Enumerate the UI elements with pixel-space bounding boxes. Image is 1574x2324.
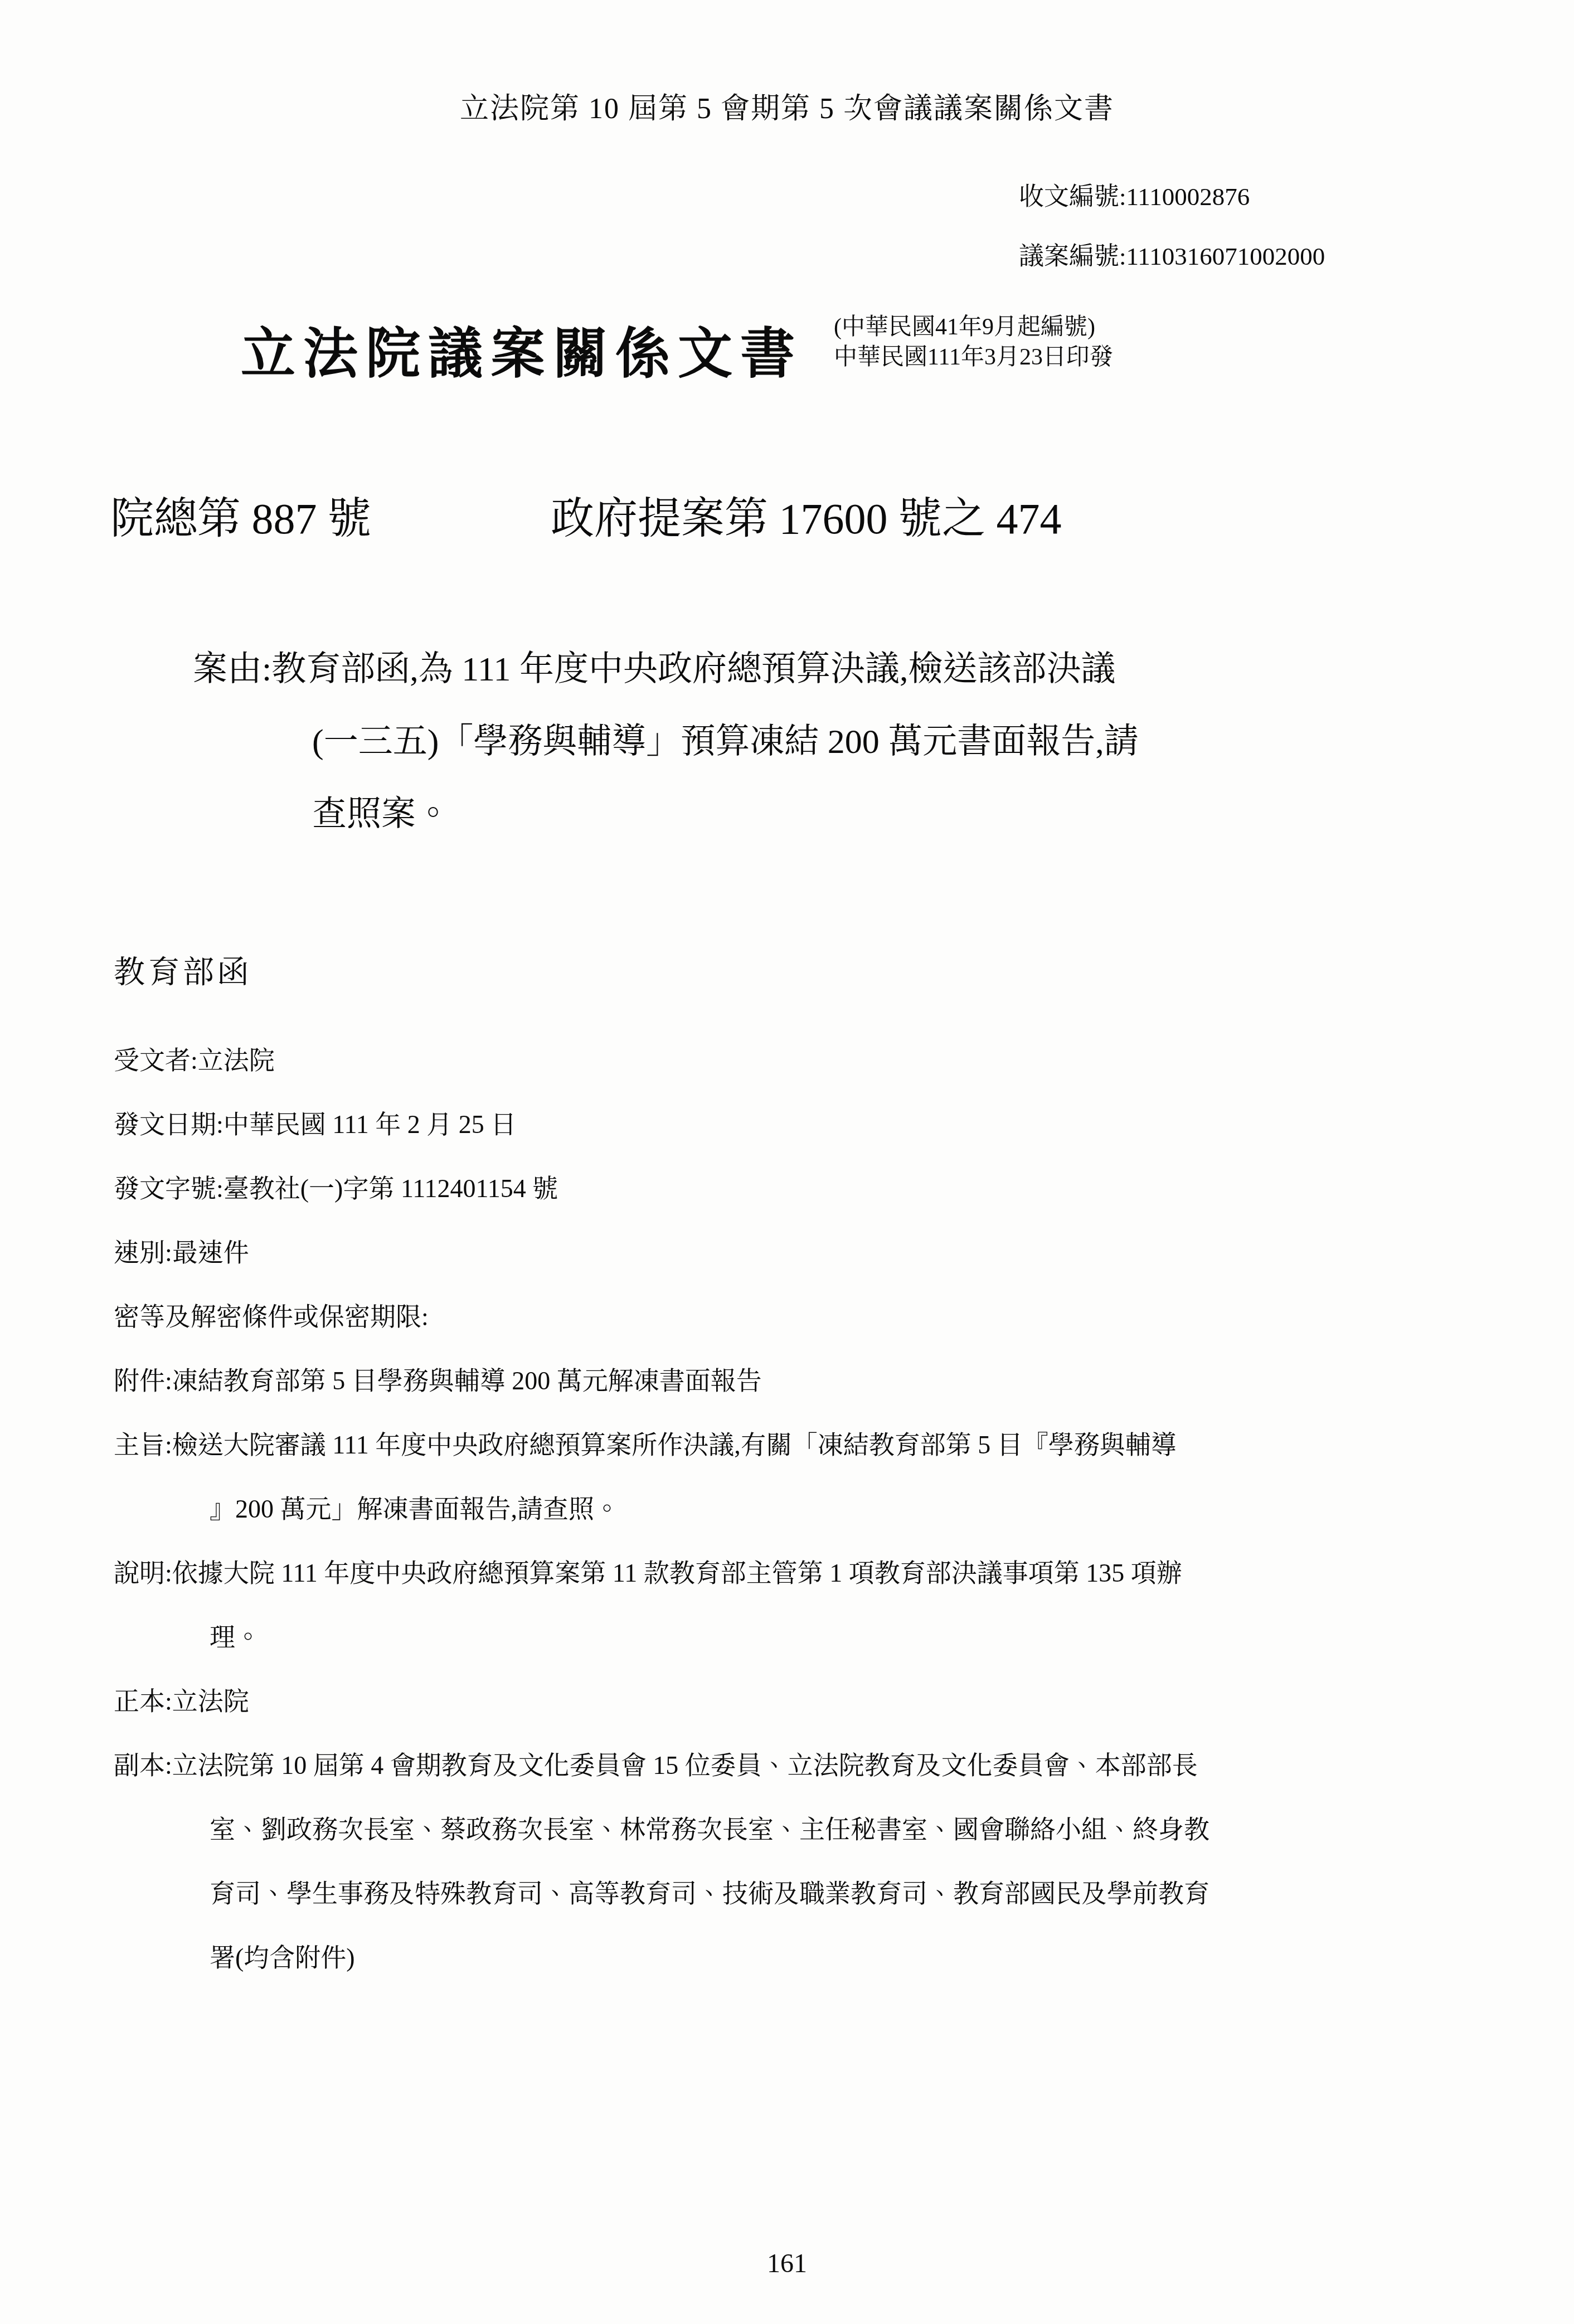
letter-recipient-line: 受文者:立法院 bbox=[114, 1028, 1209, 1092]
title-print-note: (中華民國41年9月起編號) 中華民國111年3月23日印發 bbox=[834, 310, 1113, 372]
letter-copy-line: 育司、學生事務及特殊教育司、高等教育司、技術及職業教育司、教育部國民及學前教育 bbox=[210, 1861, 1209, 1926]
government-proposal-number: 政府提案第 17600 號之 474 bbox=[551, 484, 1062, 546]
letter-purpose-line: 』200 萬元」解凍書面報告,請查照。 bbox=[210, 1477, 1209, 1541]
page-number: 161 bbox=[0, 2248, 1574, 2279]
receipt-number-label: 收文編號: bbox=[1019, 183, 1126, 211]
letter-copy-line: 室、劉政務次長室、蔡政務次長室、林常務次長室、主任秘書室、國會聯絡小組、終身教 bbox=[210, 1797, 1209, 1861]
session-header: 立法院第 10 屆第 5 會期第 5 次會議議案關係文書 bbox=[0, 85, 1574, 127]
case-subject-line: (一三五)「學務與輔導」預算凍結 200 萬元書面報告,請 bbox=[312, 706, 1139, 778]
letter-explanation-line: 理。 bbox=[210, 1605, 1209, 1669]
reference-numbers: 收文編號:1110002876 議案編號:1110316071002000 bbox=[1019, 176, 1325, 295]
letter-copy-line: 署(均含附件) bbox=[210, 1926, 1209, 1990]
letter-date-line: 發文日期:中華民國 111 年 2 月 25 日 bbox=[114, 1092, 1209, 1156]
case-subject-line: 查照案。 bbox=[312, 778, 1139, 850]
receipt-number-value: 1110002876 bbox=[1126, 183, 1250, 211]
letter-explanation-line: 說明:依據大院 111 年度中央政府總預算案第 11 款教育部主管第 1 項教育… bbox=[114, 1541, 1209, 1605]
letter-original-line: 正本:立法院 bbox=[114, 1669, 1209, 1733]
letter-purpose-line: 主旨:檢送大院審議 111 年度中央政府總預算案所作決議,有關「凍結教育部第 5… bbox=[114, 1413, 1209, 1477]
bill-number-line: 議案編號:1110316071002000 bbox=[1019, 236, 1325, 295]
title-note-print-date: 中華民國111年3月23日印發 bbox=[834, 342, 1113, 372]
case-number-row: 院總第 887 號 政府提案第 17600 號之 474 bbox=[0, 484, 1574, 551]
yuan-total-number: 院總第 887 號 bbox=[110, 484, 371, 546]
bill-number-label: 議案編號: bbox=[1019, 242, 1126, 270]
case-subject: 案由:教育部函,為 111 年度中央政府總預算決議,檢送該部決議 (一三五)「學… bbox=[193, 633, 1139, 850]
letter-security-line: 密等及解密條件或保密期限: bbox=[114, 1285, 1209, 1349]
document-page: 立法院第 10 屆第 5 會期第 5 次會議議案關係文書 收文編號:111000… bbox=[0, 0, 1574, 2324]
case-subject-line: 案由:教育部函,為 111 年度中央政府總預算決議,檢送該部決議 bbox=[193, 633, 1139, 706]
letter-speed-line: 速別:最速件 bbox=[114, 1221, 1209, 1285]
letter-docnumber-line: 發文字號:臺教社(一)字第 1112401154 號 bbox=[114, 1156, 1209, 1221]
title-note-numbering: (中華民國41年9月起編號) bbox=[834, 312, 1113, 342]
receipt-number-line: 收文編號:1110002876 bbox=[1019, 176, 1325, 236]
title-block: 立法院議案關係文書 (中華民國41年9月起編號) 中華民國111年3月23日印發 bbox=[241, 310, 1113, 388]
letter-copy-line: 副本:立法院第 10 屆第 4 會期教育及文化委員會 15 位委員、立法院教育及… bbox=[114, 1733, 1209, 1797]
letter-body: 受文者:立法院 發文日期:中華民國 111 年 2 月 25 日 發文字號:臺教… bbox=[114, 1028, 1209, 1990]
document-title: 立法院議案關係文書 bbox=[241, 310, 803, 388]
bill-number-value: 1110316071002000 bbox=[1126, 242, 1325, 270]
letter-heading: 教育部函 bbox=[114, 947, 252, 992]
letter-attachment-line: 附件:凍結教育部第 5 目學務與輔導 200 萬元解凍書面報告 bbox=[114, 1349, 1209, 1413]
